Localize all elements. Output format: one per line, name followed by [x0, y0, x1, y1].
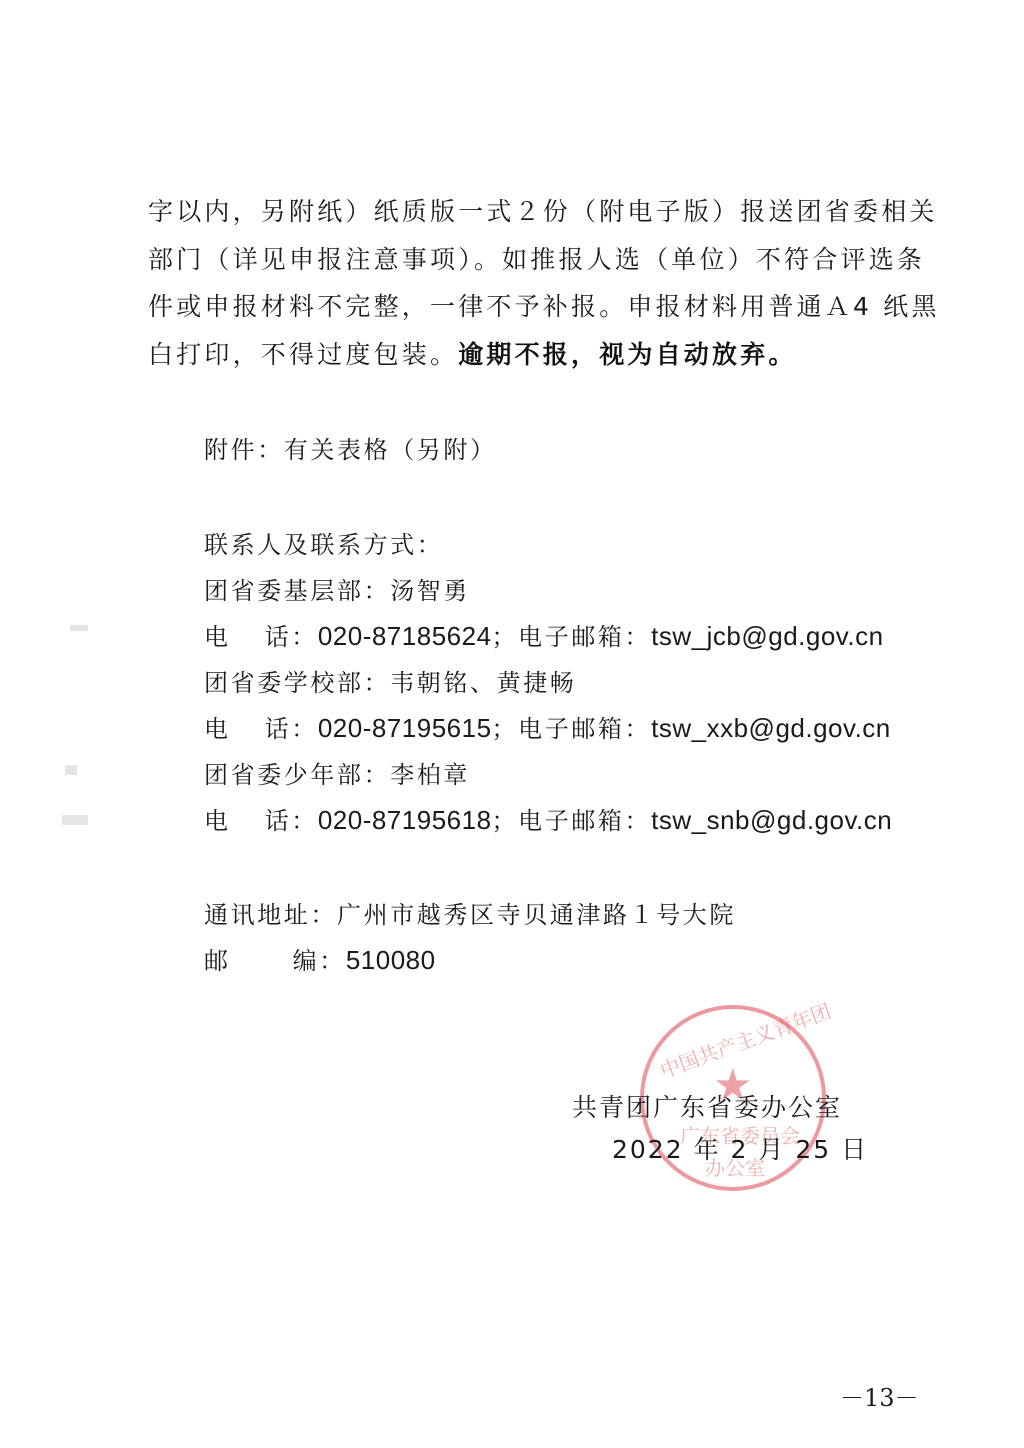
- attachment-line: 附件：有关表格（另附）: [204, 430, 497, 465]
- dept-contact-line: 团省委少年部：李柏章: [204, 755, 470, 790]
- email-label: ；电子邮箱：: [492, 715, 652, 743]
- issuing-organization: 共青团广东省委办公室: [572, 1088, 842, 1124]
- postcode-line: 邮编：510080: [204, 941, 436, 976]
- email-label: ；电子邮箱：: [492, 623, 652, 651]
- email-address: tsw_jcb@gd.gov.cn: [651, 621, 883, 651]
- phone-number: 020-87195615: [318, 713, 492, 743]
- email-label: ；电子邮箱：: [492, 807, 652, 835]
- dept-contact-line: 团省委基层部：汤智勇: [204, 571, 470, 606]
- paragraph-line: 件或申报材料不完整，一律不予补报。申报材料用普通Ａ4 纸黑: [148, 283, 908, 331]
- phone-number: 020-87185624: [318, 621, 492, 651]
- phone-email-line: 电话：020-87185624；电子邮箱：tsw_jcb@gd.gov.cn: [204, 617, 884, 652]
- phone-email-line: 电话：020-87195618；电子邮箱：tsw_snb@gd.gov.cn: [204, 801, 892, 836]
- address-value: 广州市越秀区寺贝通津路１号大院: [337, 901, 736, 929]
- phone-label: 电: [204, 715, 231, 743]
- dept-contact-line: 团省委学校部：韦朝铭、黄捷畅: [204, 663, 576, 698]
- phone-email-line: 电话：020-87195615；电子邮箱：tsw_xxb@gd.gov.cn: [204, 709, 891, 744]
- address-label: 通讯地址：: [204, 901, 337, 929]
- paragraph-text: 白打印，不得过度包装。: [148, 340, 458, 369]
- email-address: tsw_snb@gd.gov.cn: [651, 805, 892, 835]
- issue-date: 2022 年 2 月 25 日: [612, 1130, 868, 1166]
- email-address: tsw_xxb@gd.gov.cn: [651, 713, 891, 743]
- postcode-value: 510080: [346, 945, 436, 975]
- phone-number: 020-87195618: [318, 805, 492, 835]
- phone-label: 电: [204, 807, 231, 835]
- phone-label: 话：: [265, 623, 318, 651]
- deadline-warning: 逾期不报，视为自动放弃。: [458, 340, 796, 369]
- page-number: －13－: [840, 1378, 919, 1413]
- paragraph-line: 部门（详见申报注意事项）。如推报人选（单位）不符合评选条: [148, 236, 908, 284]
- postcode-label: 邮: [204, 947, 231, 975]
- body-paragraph: 字以内，另附纸）纸质版一式２份（附电子版）报送团省委相关 部门（详见申报注意事项…: [148, 188, 908, 378]
- contacts-heading: 联系人及联系方式：: [204, 525, 443, 560]
- paragraph-line-last: 白打印，不得过度包装。逾期不报，视为自动放弃。: [148, 331, 908, 379]
- phone-label: 话：: [265, 715, 318, 743]
- phone-label: 电: [204, 623, 231, 651]
- address-line: 通讯地址：广州市越秀区寺贝通津路１号大院: [204, 895, 736, 930]
- postcode-label: 编：: [293, 947, 346, 975]
- paragraph-line: 字以内，另附纸）纸质版一式２份（附电子版）报送团省委相关: [148, 188, 908, 236]
- phone-label: 话：: [265, 807, 318, 835]
